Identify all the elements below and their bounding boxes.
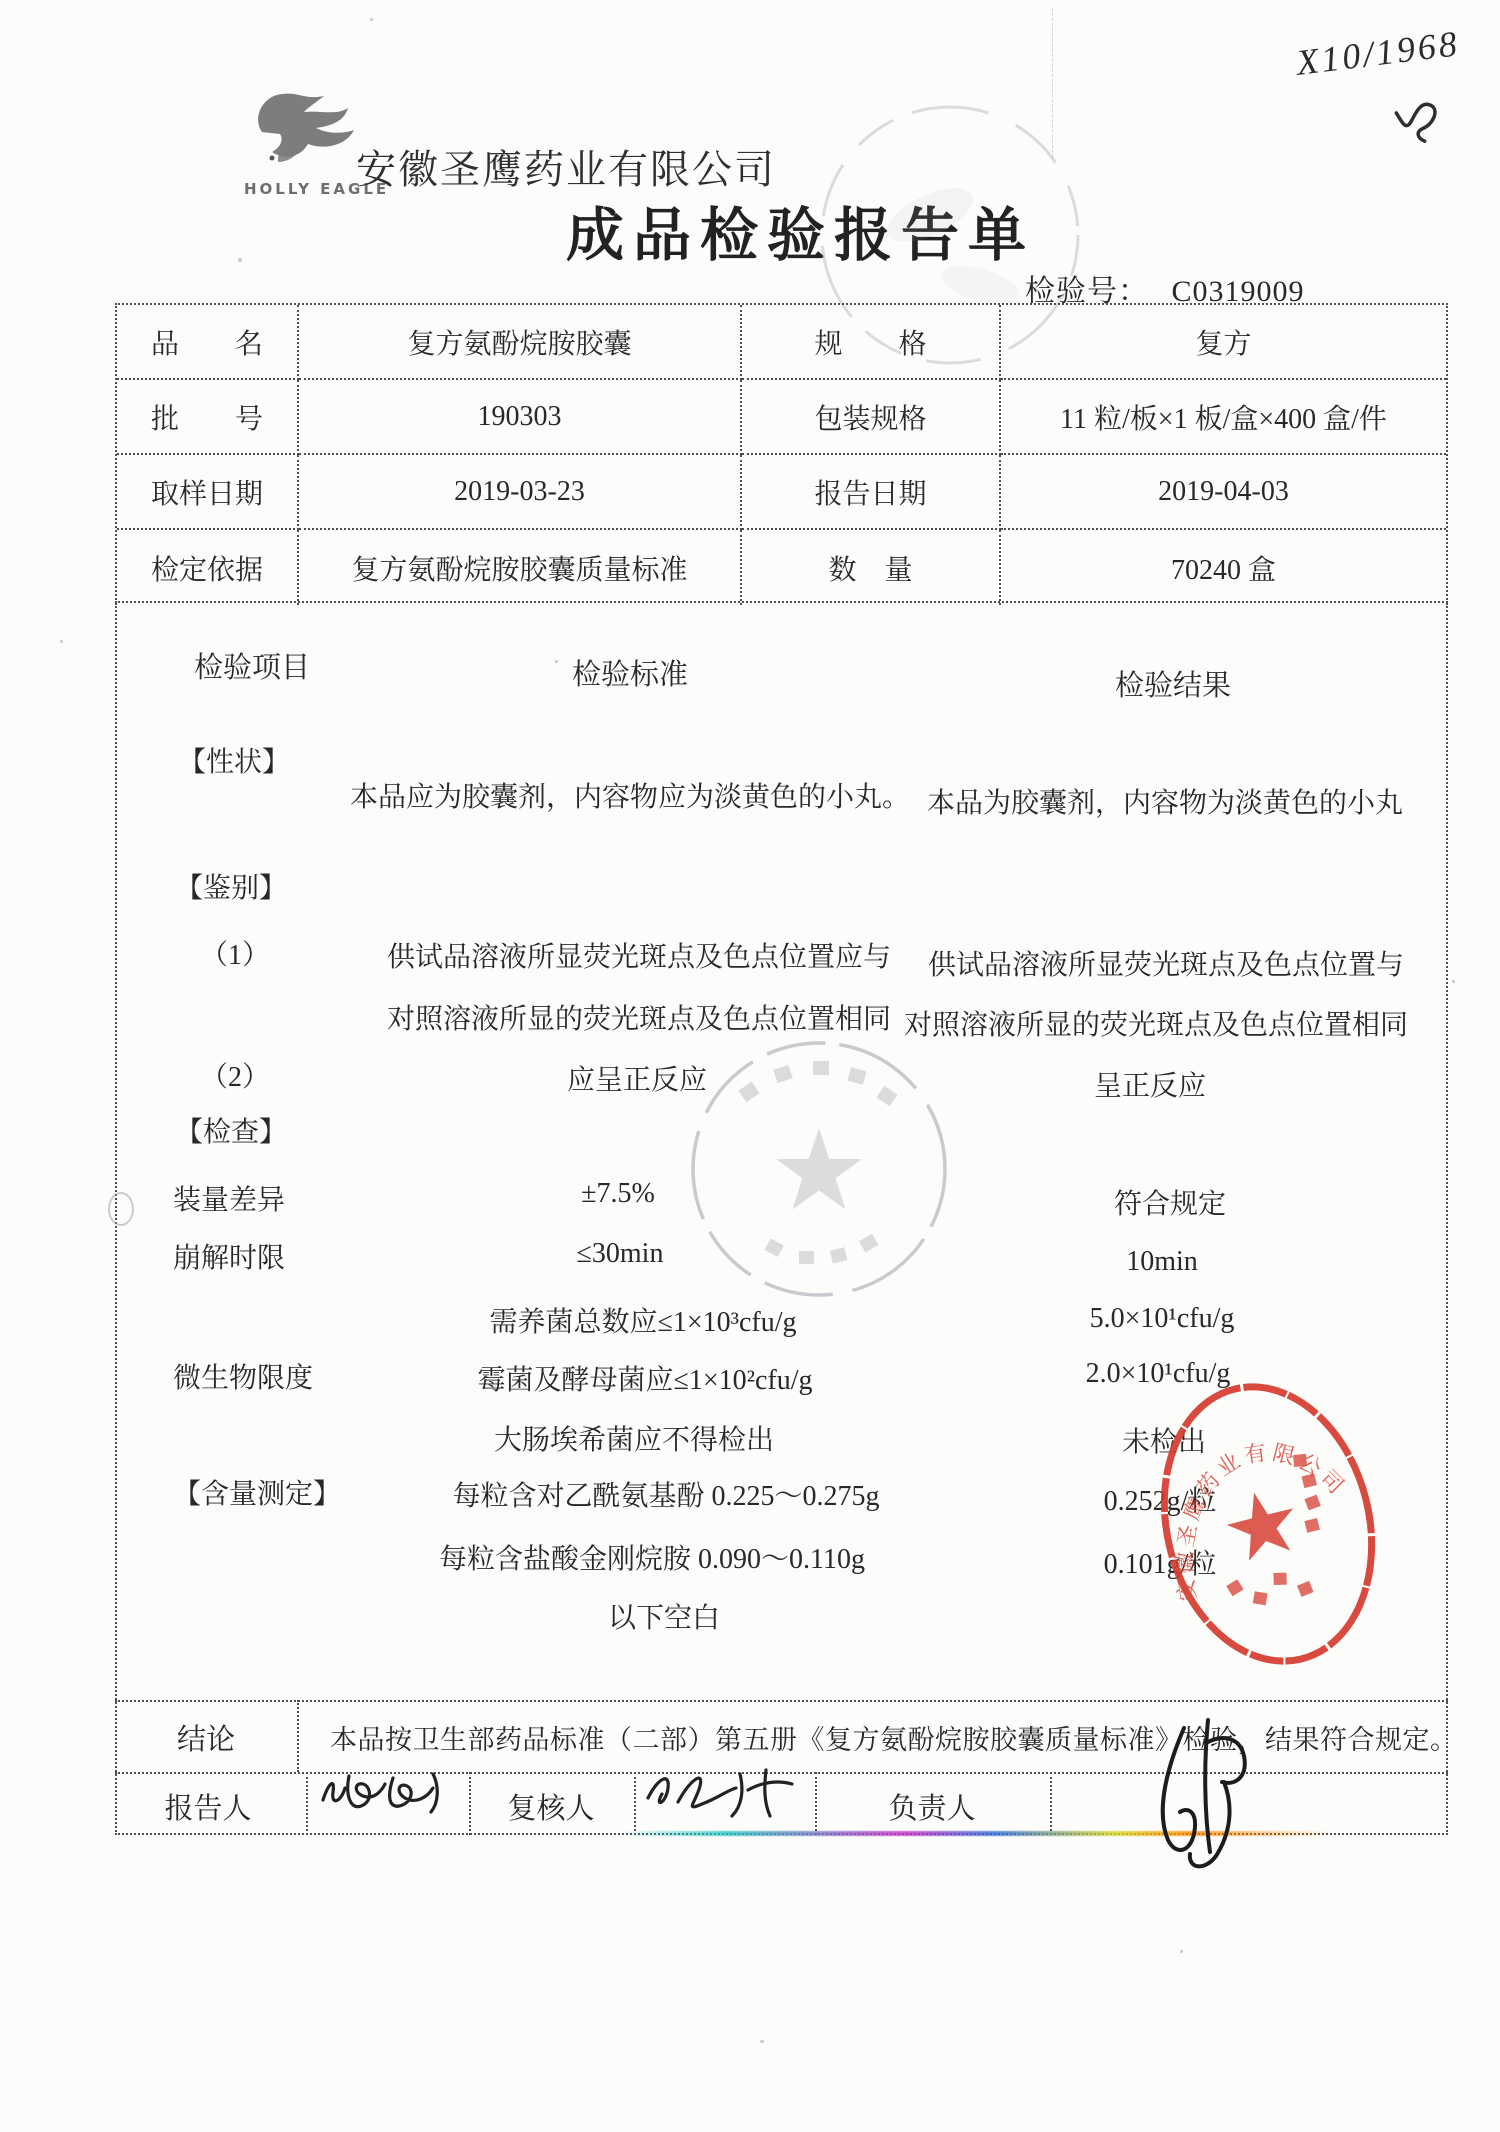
scan-speckle: [1180, 1950, 1183, 1953]
info-value: 复方氨酚烷胺胶囊: [299, 305, 742, 380]
inspection-item-label: 【检查】: [175, 1110, 287, 1150]
inspection-standard-text: 应呈正反应: [567, 1058, 707, 1098]
eagle-dot: [270, 156, 275, 161]
divider: [469, 1772, 471, 1835]
inspection-result-text: 供试品溶液所显荧光斑点及色点位置与: [928, 943, 1404, 983]
inspection-standard-text: 霉菌及酵母菌应≤1×10²cfu/g: [477, 1358, 812, 1398]
scan-speckle: [370, 18, 373, 21]
divider: [115, 1700, 1448, 1702]
inspection-standard-text: 本品应为胶囊剂，内容物应为淡黄色的小丸。: [350, 775, 910, 815]
info-value: 2019-03-23: [299, 455, 742, 530]
handwritten-number: X10/1968: [1294, 22, 1462, 84]
inspection-standard-text: ±7.5%: [581, 1178, 655, 1210]
scan-speckle: [1452, 980, 1455, 983]
info-label: 品 名: [117, 305, 299, 380]
handwritten-check-mark: [1386, 84, 1450, 149]
inspection-item-label: 【含量测定】: [173, 1472, 341, 1512]
check-stroke: [1393, 100, 1436, 142]
info-label: 包装规格: [742, 380, 1001, 455]
signature-stroke: [1163, 1720, 1245, 1866]
divider: [306, 1772, 308, 1835]
inspection-standard-text: 大肠埃希菌应不得检出: [494, 1418, 774, 1458]
column-header-result: 检验结果: [1115, 663, 1231, 704]
info-label: 批 号: [117, 380, 299, 455]
info-label: 取样日期: [117, 455, 299, 530]
inspection-result-text: 5.0×10¹cfu/g: [1090, 1303, 1235, 1335]
inspection-standard-text: 供试品溶液所显荧光斑点及色点位置应与: [387, 935, 891, 975]
hole-punch-mark: [108, 1192, 134, 1226]
inspection-result-text: 符合规定: [1114, 1182, 1226, 1222]
divider: [815, 1772, 817, 1835]
report-sheet: X10/1968 HOLLY EAGLE 安徽圣鹰药业有限公司 成品检验报告单 …: [0, 0, 1500, 2132]
reporter-signature: [315, 1762, 465, 1824]
divider: [1050, 1772, 1052, 1835]
inspection-item-label: 【性状】: [178, 740, 290, 780]
inspection-result-text: 10min: [1126, 1246, 1198, 1278]
company-red-seal: 安徽圣鹰药业有限公司: [1140, 1368, 1400, 1680]
inspection-standard-text: 需养菌总数应≤1×10³cfu/g: [489, 1300, 796, 1340]
info-value: 70240 盒: [1001, 530, 1446, 605]
inspection-result-text: 对照溶液所显的荧光斑点及色点位置相同: [904, 1003, 1408, 1043]
inspection-item-label: 微生物限度: [173, 1356, 313, 1396]
signature-stroke: [323, 1774, 437, 1812]
info-table: 品 名 复方氨酚烷胺胶囊 规 格 复方 批 号 190303 包装规格 11 粒…: [115, 303, 1448, 603]
column-header-standard: 检验标准: [572, 652, 688, 693]
scan-speckle: [238, 258, 242, 262]
inspection-standard-text: 以下空白: [608, 1596, 720, 1636]
company-name: 安徽圣鹰药业有限公司: [356, 138, 776, 195]
info-value: 190303: [299, 380, 742, 455]
seal-star: [1221, 1484, 1303, 1564]
info-label: 报告日期: [742, 455, 1001, 530]
inspection-result-text: 呈正反应: [1094, 1064, 1206, 1104]
eagle-shape: [258, 94, 354, 157]
scan-speckle: [60, 640, 63, 643]
scan-speckle: [760, 2040, 764, 2043]
responsible-signature: [1122, 1712, 1302, 1882]
inspection-item-label: 崩解时限: [173, 1236, 285, 1276]
eagle-logo-icon: [248, 88, 366, 172]
inspection-standard-text: 每粒含对乙酰氨基酚 0.225～0.275g: [452, 1474, 879, 1514]
inspection-result-text: 本品为胶囊剂，内容物为淡黄色的小丸: [927, 781, 1403, 821]
divider: [297, 1700, 299, 1772]
inspection-standard-text: 对照溶液所显的荧光斑点及色点位置相同: [387, 997, 891, 1037]
info-label: 规 格: [742, 305, 1001, 380]
info-value: 复方氨酚烷胺胶囊质量标准: [299, 530, 742, 605]
column-header-item: 检验项目: [194, 645, 310, 686]
info-value: 2019-04-03: [1001, 455, 1446, 530]
reviewer-signature: [638, 1758, 808, 1836]
info-value: 11 粒/板×1 板/盒×400 盒/件: [1001, 380, 1446, 455]
divider: [634, 1772, 636, 1835]
inspection-item-label: 装量差异: [173, 1178, 285, 1218]
inspection-standard-text: ≤30min: [577, 1238, 664, 1270]
info-label: 数 量: [742, 530, 1001, 605]
info-label: 检定依据: [117, 530, 299, 605]
info-value: 复方: [1001, 305, 1446, 380]
stamp-smudge: [880, 177, 980, 252]
inspection-standard-text: 每粒含盐酸金刚烷胺 0.090～0.110g: [439, 1537, 865, 1577]
inspection-item-label: （2）: [200, 1055, 270, 1095]
inspection-item-label: （1）: [200, 933, 270, 973]
inspection-item-label: 【鉴别】: [175, 866, 287, 906]
signature-stroke: [648, 1770, 792, 1816]
